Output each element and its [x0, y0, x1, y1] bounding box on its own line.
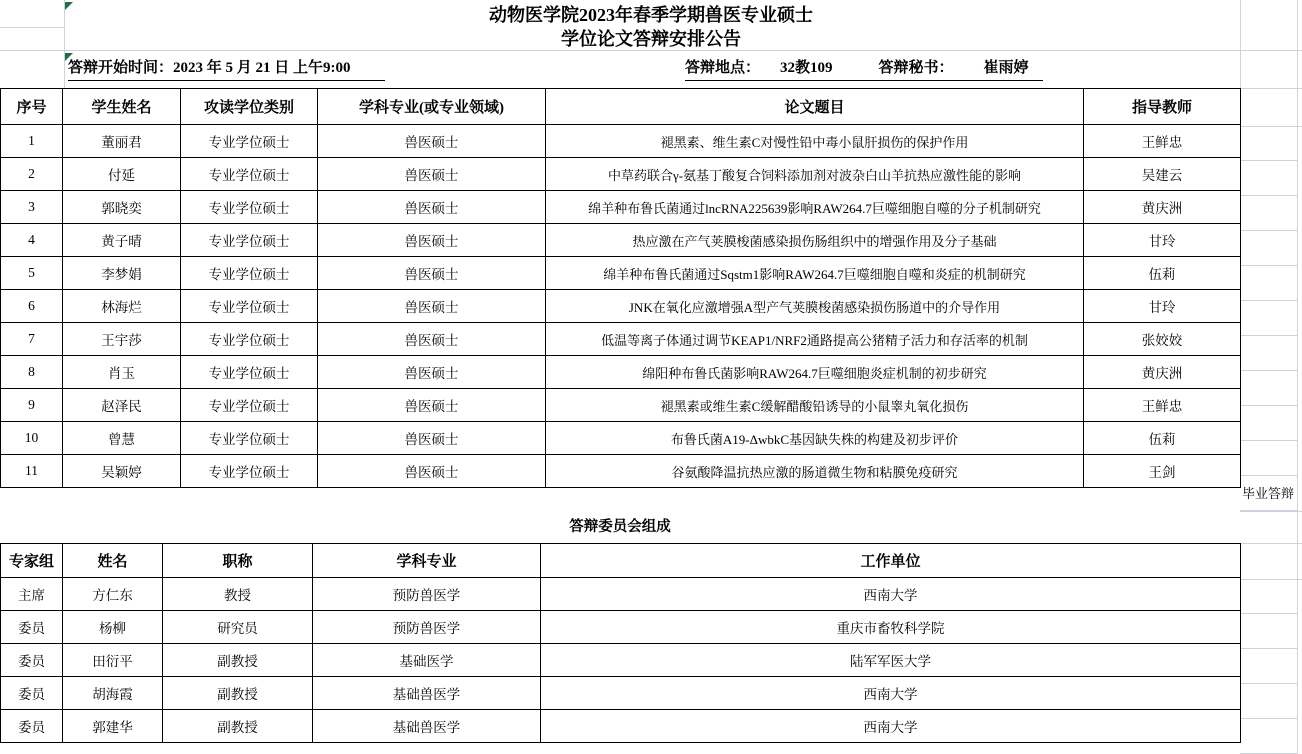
header-major[interactable]: 学科专业(或专业领域) [318, 89, 546, 125]
table-row: 委员胡海霞副教授基础兽医学西南大学 [1, 677, 1241, 710]
degree-type-cell[interactable]: 专业学位硕士 [181, 158, 318, 191]
member-name-cell[interactable]: 胡海霞 [63, 677, 163, 710]
expert-group-cell[interactable]: 委员 [1, 677, 63, 710]
table-row: 主席方仁东教授预防兽医学西南大学 [1, 578, 1241, 611]
member-name-cell[interactable]: 郭建华 [63, 710, 163, 743]
student-name-cell[interactable]: 付延 [63, 158, 181, 191]
table-header-row: 专家组 姓名 职称 学科专业 工作单位 [1, 544, 1241, 578]
gridline [1297, 0, 1298, 754]
advisor-cell[interactable]: 黄庆洲 [1084, 356, 1241, 389]
graduation-defense-note[interactable]: 毕业答辩 [1242, 476, 1294, 511]
serial-cell[interactable]: 8 [1, 356, 63, 389]
student-name-cell[interactable]: 郭晓奕 [63, 191, 181, 224]
page-title-line1: 动物医学院2023年春季学期兽医专业硕士 [0, 3, 1302, 27]
degree-type-cell[interactable]: 专业学位硕士 [181, 323, 318, 356]
serial-cell[interactable]: 1 [1, 125, 63, 158]
student-name-cell[interactable]: 王宇莎 [63, 323, 181, 356]
thesis-title-cell[interactable]: 热应激在产气荚膜梭菌感染损伤肠组织中的增强作用及分子基础 [546, 224, 1084, 257]
thesis-title-cell[interactable]: 布鲁氏菌A19-ΔwbkC基因缺失株的构建及初步评价 [546, 422, 1084, 455]
major-cell[interactable]: 兽医硕士 [318, 257, 546, 290]
degree-type-cell[interactable]: 专业学位硕士 [181, 125, 318, 158]
degree-type-cell[interactable]: 专业学位硕士 [181, 422, 318, 455]
student-name-cell[interactable]: 曾慧 [63, 422, 181, 455]
degree-type-cell[interactable]: 专业学位硕士 [181, 290, 318, 323]
page-title[interactable]: 动物医学院2023年春季学期兽医专业硕士 学位论文答辩安排公告 [0, 3, 1302, 51]
table-row: 7王宇莎专业学位硕士兽医硕士低温等离子体通过调节KEAP1/NRF2通路提高公猪… [1, 323, 1241, 356]
thesis-title-cell[interactable]: 低温等离子体通过调节KEAP1/NRF2通路提高公猪精子活力和存活率的机制 [546, 323, 1084, 356]
table-row: 委员田衍平副教授基础医学陆军军医大学 [1, 644, 1241, 677]
student-name-cell[interactable]: 黄子晴 [63, 224, 181, 257]
defense-secretary-label: 答辩秘书： [879, 60, 954, 76]
header-member-org[interactable]: 工作单位 [541, 544, 1241, 578]
member-title-cell[interactable]: 研究员 [163, 611, 313, 644]
member-major-cell[interactable]: 基础兽医学 [313, 677, 541, 710]
expert-group-cell[interactable]: 委员 [1, 644, 63, 677]
member-major-cell[interactable]: 基础医学 [313, 644, 541, 677]
student-name-cell[interactable]: 董丽君 [63, 125, 181, 158]
serial-cell[interactable]: 5 [1, 257, 63, 290]
advisor-cell[interactable]: 黄庆洲 [1084, 191, 1241, 224]
serial-cell[interactable]: 2 [1, 158, 63, 191]
major-cell[interactable]: 兽医硕士 [318, 290, 546, 323]
thesis-title-cell[interactable]: JNK在氧化应激增强A型产气荚膜梭菌感染损伤肠道中的介导作用 [546, 290, 1084, 323]
member-major-cell[interactable]: 预防兽医学 [313, 611, 541, 644]
header-degree-type[interactable]: 攻读学位类别 [181, 89, 318, 125]
student-name-cell[interactable]: 肖玉 [63, 356, 181, 389]
table-row: 10曾慧专业学位硕士兽医硕士布鲁氏菌A19-ΔwbkC基因缺失株的构建及初步评价… [1, 422, 1241, 455]
gridline-strip [1240, 579, 1297, 754]
member-org-cell[interactable]: 西南大学 [541, 710, 1241, 743]
serial-cell[interactable]: 9 [1, 389, 63, 422]
defense-start-time[interactable]: 答辩开始时间：2023 年 5 月 21 日 上午9:00 [68, 56, 385, 81]
major-cell[interactable]: 兽医硕士 [318, 191, 546, 224]
member-title-cell[interactable]: 副教授 [163, 644, 313, 677]
expert-group-cell[interactable]: 委员 [1, 710, 63, 743]
member-org-cell[interactable]: 陆军军医大学 [541, 644, 1241, 677]
table-row: 6林海烂专业学位硕士兽医硕士JNK在氧化应激增强A型产气荚膜梭菌感染损伤肠道中的… [1, 290, 1241, 323]
header-expert-group[interactable]: 专家组 [1, 544, 63, 578]
advisor-cell[interactable]: 王鲜忠 [1084, 125, 1241, 158]
thesis-title-cell[interactable]: 绵阳种布鲁氏菌影响RAW264.7巨噬细胞炎症机制的初步研究 [546, 356, 1084, 389]
member-title-cell[interactable]: 副教授 [163, 677, 313, 710]
table-row: 8肖玉专业学位硕士兽医硕士绵阳种布鲁氏菌影响RAW264.7巨噬细胞炎症机制的初… [1, 356, 1241, 389]
degree-type-cell[interactable]: 专业学位硕士 [181, 191, 318, 224]
member-name-cell[interactable]: 田衍平 [63, 644, 163, 677]
major-cell[interactable]: 兽医硕士 [318, 389, 546, 422]
student-name-cell[interactable]: 林海烂 [63, 290, 181, 323]
defense-secretary-value: 崔雨婷 [984, 60, 1029, 76]
student-name-cell[interactable]: 赵泽民 [63, 389, 181, 422]
advisor-cell[interactable]: 伍莉 [1084, 257, 1241, 290]
serial-cell[interactable]: 11 [1, 455, 63, 488]
advisor-cell[interactable]: 甘玲 [1084, 224, 1241, 257]
serial-cell[interactable]: 3 [1, 191, 63, 224]
degree-type-cell[interactable]: 专业学位硕士 [181, 224, 318, 257]
member-name-cell[interactable]: 杨柳 [63, 611, 163, 644]
header-member-name[interactable]: 姓名 [63, 544, 163, 578]
header-member-title[interactable]: 职称 [163, 544, 313, 578]
defense-location-value: 32教109 [780, 60, 833, 76]
thesis-title-cell[interactable]: 绵羊种布鲁氏菌通过lncRNA225639影响RAW264.7巨噬细胞自噬的分子… [546, 191, 1084, 224]
defense-location-secretary[interactable]: 答辩地点：32教109答辩秘书：崔雨婷 [685, 56, 1043, 81]
thesis-title-cell[interactable]: 谷氨酸降温抗热应激的肠道微生物和粘膜免疫研究 [546, 455, 1084, 488]
table-row: 3郭晓奕专业学位硕士兽医硕士绵羊种布鲁氏菌通过lncRNA225639影响RAW… [1, 191, 1241, 224]
committee-section-title[interactable]: 答辩委员会组成 [0, 511, 1240, 543]
gridline [1240, 88, 1302, 89]
page-title-line2: 学位论文答辩安排公告 [0, 27, 1302, 51]
gridline [1240, 543, 1302, 544]
advisor-cell[interactable]: 王剑 [1084, 455, 1241, 488]
major-cell[interactable]: 兽医硕士 [318, 356, 546, 389]
major-cell[interactable]: 兽医硕士 [318, 455, 546, 488]
member-org-cell[interactable]: 西南大学 [541, 677, 1241, 710]
advisor-cell[interactable]: 张姣姣 [1084, 323, 1241, 356]
serial-cell[interactable]: 10 [1, 422, 63, 455]
advisor-cell[interactable]: 伍莉 [1084, 422, 1241, 455]
table-row: 5李梦娟专业学位硕士兽医硕士绵羊种布鲁氏菌通过Sqstm1影响RAW264.7巨… [1, 257, 1241, 290]
member-title-cell[interactable]: 教授 [163, 578, 313, 611]
degree-type-cell[interactable]: 专业学位硕士 [181, 356, 318, 389]
thesis-title-cell[interactable]: 褪黑素或维生素C缓解醋酸铅诱导的小鼠睾丸氧化损伤 [546, 389, 1084, 422]
student-name-cell[interactable]: 李梦娟 [63, 257, 181, 290]
header-serial[interactable]: 序号 [1, 89, 63, 125]
header-student-name[interactable]: 学生姓名 [63, 89, 181, 125]
gridline-strip [1240, 126, 1297, 512]
header-thesis-title[interactable]: 论文题目 [546, 89, 1084, 125]
table-row: 委员郭建华副教授基础兽医学西南大学 [1, 710, 1241, 743]
degree-type-cell[interactable]: 专业学位硕士 [181, 257, 318, 290]
defense-start-time-label: 答辩开始时间： [68, 60, 173, 76]
major-cell[interactable]: 兽医硕士 [318, 323, 546, 356]
member-org-cell[interactable]: 西南大学 [541, 578, 1241, 611]
major-cell[interactable]: 兽医硕士 [318, 422, 546, 455]
table-header-row: 序号 学生姓名 攻读学位类别 学科专业(或专业领域) 论文题目 指导教师 [1, 89, 1241, 125]
table-row: 委员杨柳研究员预防兽医学重庆市畜牧科学院 [1, 611, 1241, 644]
header-advisor[interactable]: 指导教师 [1084, 89, 1241, 125]
expert-group-cell[interactable]: 委员 [1, 611, 63, 644]
member-major-cell[interactable]: 预防兽医学 [313, 578, 541, 611]
table-row: 9赵泽民专业学位硕士兽医硕士褪黑素或维生素C缓解醋酸铅诱导的小鼠睾丸氧化损伤王鲜… [1, 389, 1241, 422]
member-major-cell[interactable]: 基础兽医学 [313, 710, 541, 743]
serial-cell[interactable]: 6 [1, 290, 63, 323]
thesis-title-cell[interactable]: 褪黑素、维生素C对慢性铅中毒小鼠肝损伤的保护作用 [546, 125, 1084, 158]
advisor-cell[interactable]: 甘玲 [1084, 290, 1241, 323]
major-cell[interactable]: 兽医硕士 [318, 224, 546, 257]
defense-start-time-value: 2023 年 5 月 21 日 上午9:00 [173, 60, 351, 76]
degree-type-cell[interactable]: 专业学位硕士 [181, 455, 318, 488]
defense-location-label: 答辩地点： [685, 60, 760, 76]
table-row: 2付延专业学位硕士兽医硕士中草药联合γ-氨基丁酸复合饲料添加剂对波杂白山羊抗热应… [1, 158, 1241, 191]
committee-table: 专家组 姓名 职称 学科专业 工作单位 主席方仁东教授预防兽医学西南大学 委员杨… [0, 543, 1241, 743]
member-title-cell[interactable]: 副教授 [163, 710, 313, 743]
major-cell[interactable]: 兽医硕士 [318, 158, 546, 191]
member-name-cell[interactable]: 方仁东 [63, 578, 163, 611]
advisor-cell[interactable]: 吴建云 [1084, 158, 1241, 191]
advisor-cell[interactable]: 王鲜忠 [1084, 389, 1241, 422]
expert-group-cell[interactable]: 主席 [1, 578, 63, 611]
table-row: 4黄子晴专业学位硕士兽医硕士热应激在产气荚膜梭菌感染损伤肠组织中的增强作用及分子… [1, 224, 1241, 257]
student-name-cell[interactable]: 吴颖婷 [63, 455, 181, 488]
defense-schedule-table: 序号 学生姓名 攻读学位类别 学科专业(或专业领域) 论文题目 指导教师 1董丽… [0, 88, 1241, 488]
table-row: 1董丽君专业学位硕士兽医硕士褪黑素、维生素C对慢性铅中毒小鼠肝损伤的保护作用王鲜… [1, 125, 1241, 158]
serial-cell[interactable]: 4 [1, 224, 63, 257]
major-cell[interactable]: 兽医硕士 [318, 125, 546, 158]
table-row: 11吴颖婷专业学位硕士兽医硕士谷氨酸降温抗热应激的肠道微生物和粘膜免疫研究王剑 [1, 455, 1241, 488]
header-member-major[interactable]: 学科专业 [313, 544, 541, 578]
spreadsheet: 动物医学院2023年春季学期兽医专业硕士 学位论文答辩安排公告 答辩开始时间：2… [0, 0, 1302, 754]
degree-type-cell[interactable]: 专业学位硕士 [181, 389, 318, 422]
thesis-title-cell[interactable]: 中草药联合γ-氨基丁酸复合饲料添加剂对波杂白山羊抗热应激性能的影响 [546, 158, 1084, 191]
member-org-cell[interactable]: 重庆市畜牧科学院 [541, 611, 1241, 644]
thesis-title-cell[interactable]: 绵羊种布鲁氏菌通过Sqstm1影响RAW264.7巨噬细胞自噬和炎症的机制研究 [546, 257, 1084, 290]
serial-cell[interactable]: 7 [1, 323, 63, 356]
